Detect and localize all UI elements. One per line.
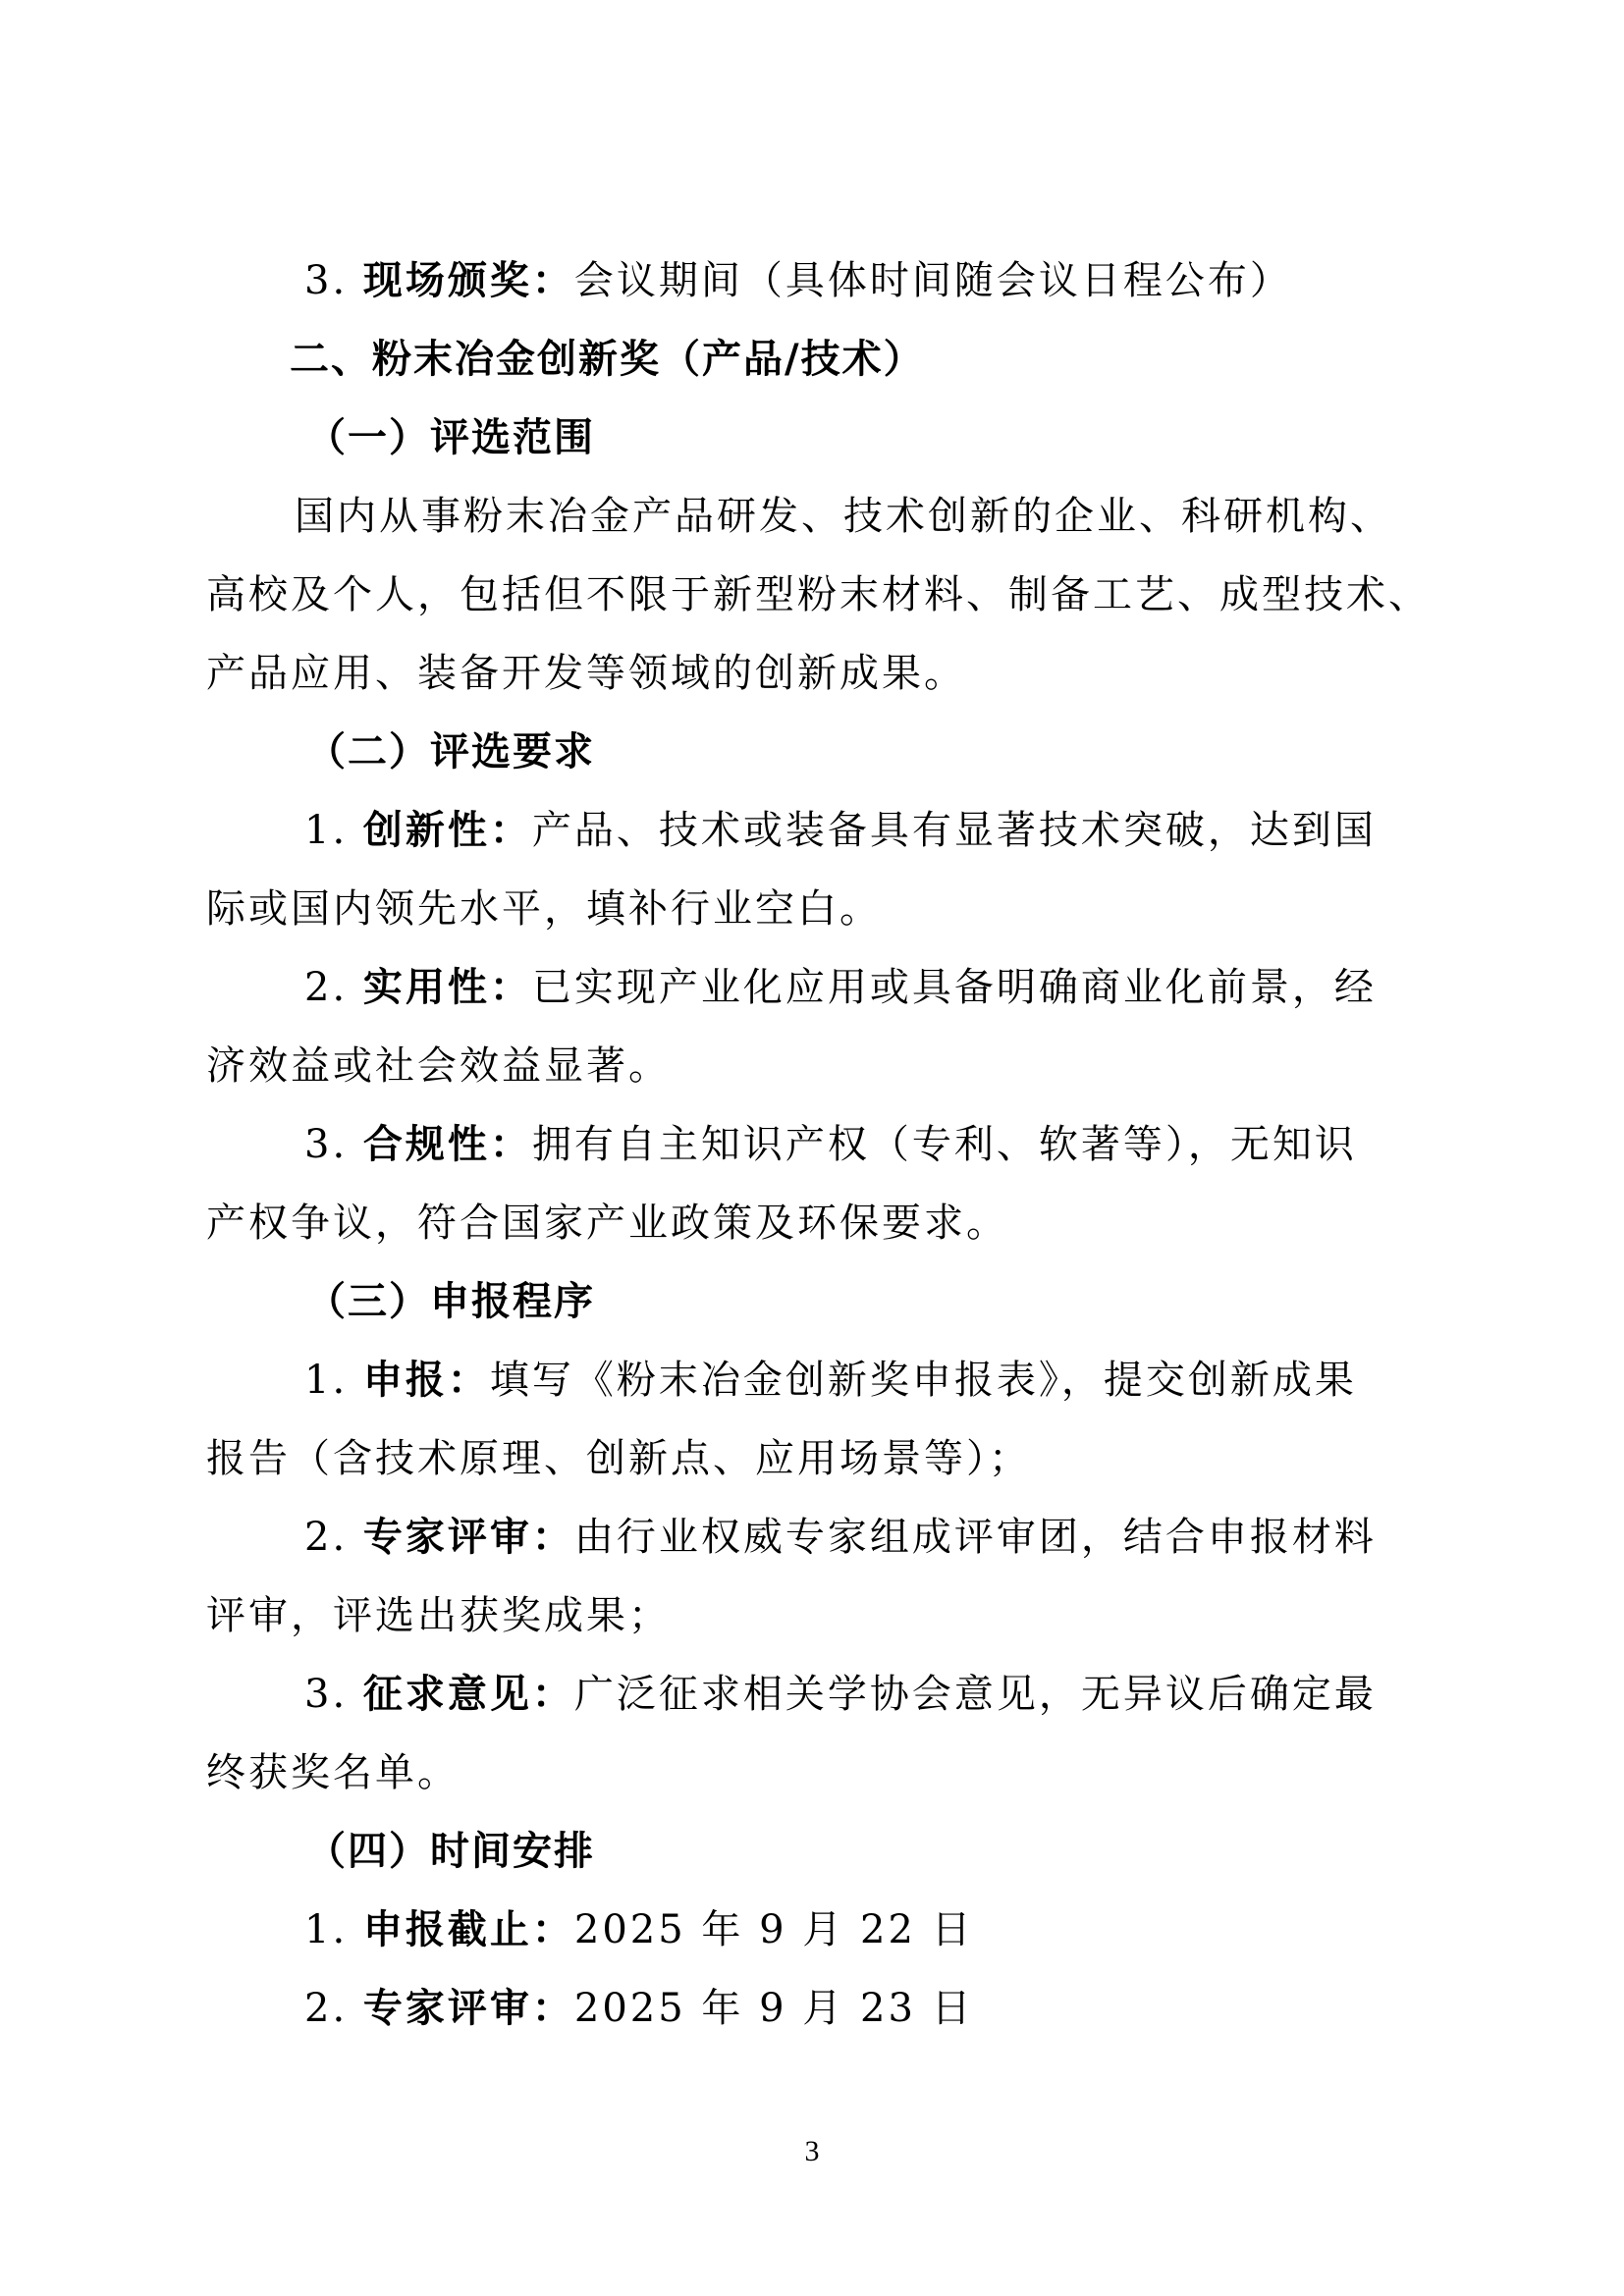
paragraph-line: 产权争议，符合国家产业政策及环保要求。: [206, 1200, 1008, 1247]
item-text: 2025 年 9 月 23 日: [574, 1986, 974, 2031]
item-label: 申报：: [363, 1358, 490, 1403]
item-label: 专家评审：: [363, 1515, 574, 1560]
item-number: 3.: [304, 1122, 363, 1167]
paragraph-consultation: 3. 征求意见：广泛征求相关学协会意见，无异议后确定最: [304, 1671, 1377, 1718]
item-number: 1.: [304, 808, 363, 853]
item-text: 由行业权威专家组成评审团，结合申报材料: [574, 1515, 1377, 1560]
item-text: 产品、技术或装备具有显著技术突破，达到国: [532, 808, 1377, 853]
section-heading: 二、粉末冶金创新奖（产品/技术）: [290, 336, 925, 383]
item-text: 会议期间（具体时间随会议日程公布）: [574, 258, 1292, 303]
item-text: 填写《粉末冶金创新奖申报表》，提交创新成果: [490, 1358, 1357, 1403]
item-number: 3.: [304, 258, 363, 303]
item-label: 专家评审：: [363, 1986, 574, 2031]
item-number: 1.: [304, 1907, 363, 1952]
item-number: 3.: [304, 1672, 363, 1717]
item-number: 2.: [304, 1515, 363, 1560]
paragraph-line: 报告（含技术原理、创新点、应用场景等）；: [206, 1435, 1031, 1482]
item-label: 征求意见：: [363, 1672, 574, 1717]
item-text: 2025 年 9 月 22 日: [574, 1907, 974, 1952]
document-page: 3. 现场颁奖：会议期间（具体时间随会议日程公布） 二、粉末冶金创新奖（产品/技…: [0, 0, 1624, 2296]
item-label: 实用性：: [363, 965, 532, 1010]
paragraph-application: 1. 申报：填写《粉末冶金创新奖申报表》，提交创新成果: [304, 1357, 1357, 1404]
paragraph-line: 际或国内领先水平，填补行业空白。: [206, 885, 882, 933]
paragraph-practicality: 2. 实用性：已实现产业化应用或具备明确商业化前景，经: [304, 964, 1377, 1011]
paragraph-expert-review: 2. 专家评审：由行业权威专家组成评审团，结合申报材料: [304, 1514, 1377, 1561]
paragraph-line: 济效益或社会效益显著。: [206, 1042, 671, 1090]
item-label: 申报截止：: [363, 1907, 574, 1952]
paragraph-line: 高校及个人，包括但不限于新型粉末材料、制备工艺、成型技术、: [206, 571, 1431, 618]
paragraph-line: 国内从事粉末冶金产品研发、技术创新的企业、科研机构、: [295, 493, 1392, 540]
page-number: 3: [0, 2135, 1624, 2168]
subsection-heading: （二）评选要求: [306, 728, 595, 775]
item-number: 2.: [304, 965, 363, 1010]
paragraph-line: 产品应用、装备开发等领域的创新成果。: [206, 650, 966, 697]
paragraph-award-ceremony: 3. 现场颁奖：会议期间（具体时间随会议日程公布）: [304, 257, 1292, 304]
item-text: 已实现产业化应用或具备明确商业化前景，经: [532, 965, 1377, 1010]
paragraph-compliance: 3. 合规性：拥有自主知识产权（专利、软著等），无知识: [304, 1121, 1357, 1168]
item-number: 1.: [304, 1358, 363, 1403]
paragraph-line: 评审，评选出获奖成果；: [206, 1592, 671, 1639]
subsection-heading: （四）时间安排: [306, 1828, 595, 1875]
item-label: 现场颁奖：: [363, 258, 574, 303]
item-label: 合规性：: [363, 1122, 532, 1167]
item-text: 广泛征求相关学协会意见，无异议后确定最: [574, 1672, 1377, 1717]
schedule-expert-review: 2. 专家评审：2025 年 9 月 23 日: [304, 1985, 974, 2032]
paragraph-line: 终获奖名单。: [206, 1749, 460, 1796]
subsection-heading: （三）申报程序: [306, 1278, 595, 1325]
subsection-heading: （一）评选范围: [306, 414, 595, 461]
item-text: 拥有自主知识产权（专利、软著等），无知识: [532, 1122, 1357, 1167]
item-label: 创新性：: [363, 808, 532, 853]
item-number: 2.: [304, 1986, 363, 2031]
schedule-deadline: 1. 申报截止：2025 年 9 月 22 日: [304, 1906, 974, 1953]
paragraph-innovation: 1. 创新性：产品、技术或装备具有显著技术突破，达到国: [304, 807, 1377, 854]
